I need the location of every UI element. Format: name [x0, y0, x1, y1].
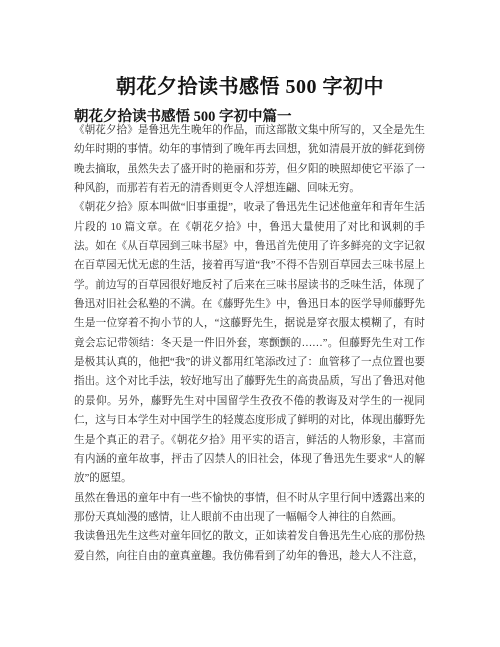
paragraph-intro: 《朝花夕拾》是鲁迅先生晚年的作品，而这部散文集中所写的，又全是先生幼年时期的事情…: [74, 121, 425, 198]
document-page: 朝花夕拾读书感悟 500 字初中 朝花夕拾读书感悟 500 字初中篇一 《朝花夕…: [0, 0, 500, 647]
paragraph-childhood: 虽然在鲁迅的童年中有一些不愉快的事情，但不时从字里行间中透露出来的那份天真灿漫的…: [74, 489, 425, 528]
paragraph-reflection: 我读鲁迅先生这些对童年回忆的散文，正如读着发自鲁迅先生心底的那份热爱自然，向往自…: [74, 527, 425, 566]
document-title: 朝花夕拾读书感悟 500 字初中: [0, 70, 500, 99]
document-body: 《朝花夕拾》是鲁迅先生晚年的作品，而这部散文集中所写的，又全是先生幼年时期的事情…: [74, 121, 425, 566]
paragraph-analysis: 《朝花夕拾》原本叫做“旧事重提”，收录了鲁迅先生记述他童年和青年生活片段的 10…: [74, 198, 425, 488]
